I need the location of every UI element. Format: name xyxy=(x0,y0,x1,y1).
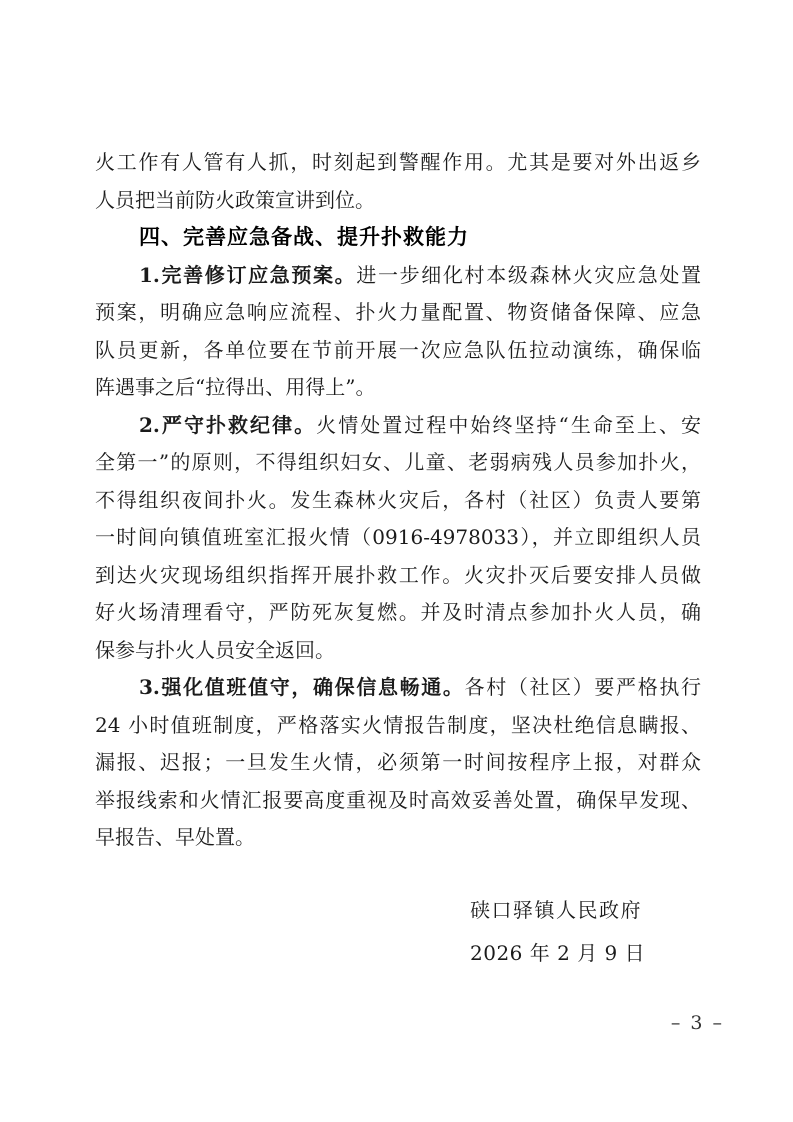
section-heading: 四、完善应急备战、提升扑救能力 xyxy=(95,219,701,257)
text-line: 不得组织夜间扑火。发生森林火灾后，各村（社区）负责人要第 xyxy=(95,482,701,520)
text-line: 火工作有人管有人抓，时刻起到警醒作用。尤其是要对外出返乡 xyxy=(95,144,701,182)
text-line: 全第一”的原则，不得组织妇女、儿童、老弱病残人员参加扑火， xyxy=(95,444,701,482)
text-line: 24 小时值班制度，严格落实火情报告制度，坚决杜绝信息瞒报、 xyxy=(95,707,701,745)
text-line: 阵遇事之后“拉得出、用得上”。 xyxy=(95,369,701,407)
signature-date: 2026 年 2 月 9 日 xyxy=(470,935,645,972)
text-line: 早报告、早处置。 xyxy=(95,819,701,857)
line-text: 24 小时值班制度，严格落实火情报告制度，坚决杜绝信息瞒报、 xyxy=(95,713,701,737)
line-text: 队员更新，各单位要在节前开展一次应急队伍拉动演练，确保临 xyxy=(95,338,701,362)
text-line: 漏报、迟报；一旦发生火情，必须第一时间按程序上报，对群众 xyxy=(95,744,701,782)
line-text: 各村（社区）要严格执行 xyxy=(465,675,701,699)
page-number: – 3 – xyxy=(632,1008,722,1038)
line-text: 火工作有人管有人抓，时刻起到警醒作用。尤其是要对外出返乡 xyxy=(95,150,701,174)
line-text: 阵遇事之后“拉得出、用得上”。 xyxy=(95,375,375,399)
line-text: 不得组织夜间扑火。发生森林火灾后，各村（社区）负责人要第 xyxy=(95,488,701,512)
line-text: 预案，明确应急响应流程、扑火力量配置、物资储备保障、应急 xyxy=(95,300,701,324)
line-text: 全第一”的原则，不得组织妇女、儿童、老弱病残人员参加扑火， xyxy=(95,450,701,474)
item-lead: 1.完善修订应急预案。 xyxy=(139,263,356,287)
line-text: 到达火灾现场组织指挥开展扑救工作。火灾扑灭后要安排人员做 xyxy=(95,563,701,587)
text-line: 好火场清理看守，严防死灰复燃。并及时清点参加扑火人员，确 xyxy=(95,594,701,632)
document-page: 火工作有人管有人抓，时刻起到警醒作用。尤其是要对外出返乡 人员把当前防火政策宣讲… xyxy=(0,0,793,1122)
text-line: 1.完善修订应急预案。进一步细化村本级森林火灾应急处置 xyxy=(95,257,701,295)
item-lead: 3.强化值班值守，确保信息畅通。 xyxy=(139,675,465,699)
line-text: 一时间向镇值班室汇报火情（0916-4978033），并立即组织人员 xyxy=(95,525,701,549)
text-line: 2.严守扑救纪律。火情处置过程中始终坚持“生命至上、安 xyxy=(95,407,701,445)
text-line: 人员把当前防火政策宣讲到位。 xyxy=(95,182,701,220)
line-text: 举报线索和火情汇报要高度重视及时高效妥善处置，确保早发现、 xyxy=(95,788,701,812)
text-line: 到达火灾现场组织指挥开展扑救工作。火灾扑灭后要安排人员做 xyxy=(95,557,701,595)
text-line: 举报线索和火情汇报要高度重视及时高效妥善处置，确保早发现、 xyxy=(95,782,701,820)
line-text: 人员把当前防火政策宣讲到位。 xyxy=(95,188,375,212)
line-text: 漏报、迟报；一旦发生火情，必须第一时间按程序上报，对群众 xyxy=(95,750,701,774)
line-text: 好火场清理看守，严防死灰复燃。并及时清点参加扑火人员，确 xyxy=(95,600,701,624)
text-line: 一时间向镇值班室汇报火情（0916-4978033），并立即组织人员 xyxy=(95,519,701,557)
section-heading-text: 四、完善应急备战、提升扑救能力 xyxy=(139,225,469,249)
text-line: 3.强化值班值守，确保信息畅通。各村（社区）要严格执行 xyxy=(95,669,701,707)
line-text: 火情处置过程中始终坚持“生命至上、安 xyxy=(316,413,701,437)
text-line: 队员更新，各单位要在节前开展一次应急队伍拉动演练，确保临 xyxy=(95,332,701,370)
text-line: 保参与扑火人员安全返回。 xyxy=(95,632,701,670)
item-lead: 2.严守扑救纪律。 xyxy=(139,413,316,437)
signature-issuer: 硖口驿镇人民政府 xyxy=(470,892,642,929)
document-body: 火工作有人管有人抓，时刻起到警醒作用。尤其是要对外出返乡 人员把当前防火政策宣讲… xyxy=(95,144,701,857)
line-text: 早报告、早处置。 xyxy=(95,825,255,849)
text-line: 预案，明确应急响应流程、扑火力量配置、物资储备保障、应急 xyxy=(95,294,701,332)
line-text: 保参与扑火人员安全返回。 xyxy=(95,638,335,662)
line-text: 进一步细化村本级森林火灾应急处置 xyxy=(356,263,701,287)
